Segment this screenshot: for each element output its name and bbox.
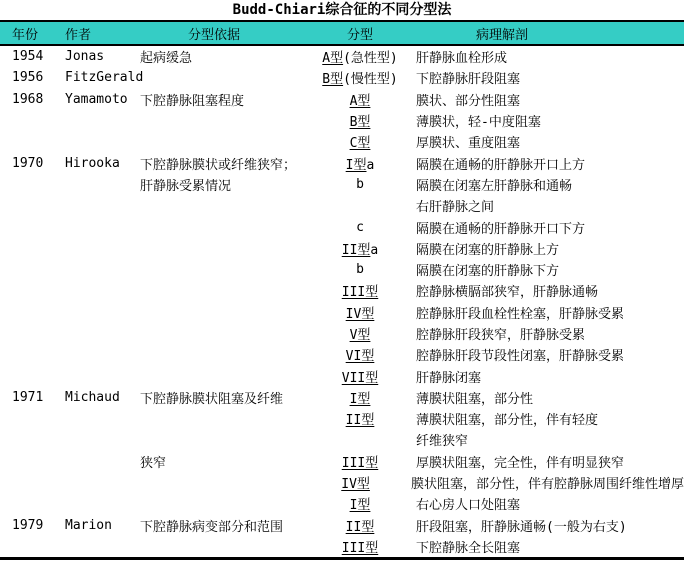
cell-pathology: 腔静脉横膈部狭窄，肝静脉通畅 xyxy=(408,281,684,300)
cell-pathology: 厚膜状、重度阻塞 xyxy=(408,132,684,151)
cell-type: II型 xyxy=(312,516,408,535)
cell-pathology: 纤维狭窄 xyxy=(408,430,684,449)
table-row: III型 腔静脉横膈部狭窄，肝静脉通畅 xyxy=(0,280,684,301)
table-row: V型 腔静脉肝段狭窄，肝静脉受累 xyxy=(0,323,684,344)
cell-type: II型 xyxy=(312,409,408,428)
cell-pathology: 肝段阻塞，肝静脉通畅(一般为右支) xyxy=(408,516,684,535)
table-row: 1970 Hirooka 下腔静脉膜状或纤维狭窄； I型a 隔膜在通畅的肝静脉开… xyxy=(0,152,684,173)
table-row: 肝静脉受累情况 b 隔膜在闭塞左肝静脉和通畅 xyxy=(0,174,684,195)
header-type: 分型 xyxy=(312,24,408,43)
cell-type: V型 xyxy=(312,324,408,343)
cell-type-sub: a xyxy=(367,158,375,173)
cell-type: I型 xyxy=(312,388,408,407)
cell-basis: 狭窄 xyxy=(138,452,312,471)
cell-year: 1954 xyxy=(0,49,62,64)
cell-pathology: 隔膜在闭塞左肝静脉和通畅 xyxy=(408,175,684,194)
cell-type-main: VII型 xyxy=(342,371,378,386)
cell-pathology: 右心房人口处阻塞 xyxy=(408,494,684,513)
cell-pathology: 下腔静脉肝段阻塞 xyxy=(408,68,684,87)
cell-author: FitzGerald xyxy=(62,70,138,85)
table-row: b 隔膜在闭塞的肝静脉下方 xyxy=(0,259,684,280)
cell-type-main: II型 xyxy=(346,520,375,535)
cell-type: c xyxy=(312,220,408,235)
table-row: 1956 FitzGerald B型(慢性型) 下腔静脉肝段阻塞 xyxy=(0,67,684,88)
cell-type-main: II型 xyxy=(346,413,375,428)
cell-type: II型a xyxy=(312,239,408,258)
cell-type-main: IV型 xyxy=(341,477,370,492)
cell-type-main: III型 xyxy=(342,456,378,471)
cell-pathology: 薄膜状，轻-中度阻塞 xyxy=(408,111,684,130)
cell-type-main: A型 xyxy=(350,94,371,109)
cell-pathology: 薄膜状阻塞，部分性，伴有轻度 xyxy=(408,409,684,428)
cell-basis: 下腔静脉病变部分和范围 xyxy=(138,516,312,535)
cell-type: I型 xyxy=(312,494,408,513)
cell-year: 1956 xyxy=(0,70,62,85)
cell-year: 1979 xyxy=(0,518,62,533)
header-basis: 分型依据 xyxy=(138,24,312,43)
cell-pathology: 腔静脉肝段狭窄，肝静脉受累 xyxy=(408,324,684,343)
cell-type-main: B型 xyxy=(350,115,371,130)
cell-pathology: 隔膜在闭塞的肝静脉上方 xyxy=(408,239,684,258)
cell-year: 1968 xyxy=(0,92,62,107)
cell-basis: 起病缓急 xyxy=(138,47,312,66)
table-row: VII型 肝静脉闭塞 xyxy=(0,365,684,386)
table-row: VI型 腔静脉肝段节段性闭塞，肝静脉受累 xyxy=(0,344,684,365)
document-page: Budd-Chiari综合征的不同分型法 年份 作者 分型依据 分型 病理解剖 … xyxy=(0,0,684,564)
header-year: 年份 xyxy=(0,24,62,43)
cell-type: III型 xyxy=(312,452,408,471)
cell-pathology: 腔静脉肝段血栓性栓塞，肝静脉受累 xyxy=(408,303,684,322)
header-pathology: 病理解剖 xyxy=(408,24,684,43)
cell-pathology: 隔膜在通畅的肝静脉开口下方 xyxy=(408,218,684,237)
cell-type: C型 xyxy=(312,132,408,151)
table-row: 1971 Michaud 下腔静脉膜状阻塞及纤维 I型 薄膜状阻塞，部分性 xyxy=(0,387,684,408)
table-row: II型a 隔膜在闭塞的肝静脉上方 xyxy=(0,238,684,259)
cell-basis: 肝静脉受累情况 xyxy=(138,175,312,194)
cell-type: b xyxy=(312,262,408,277)
table-row: 右肝静脉之间 xyxy=(0,195,684,216)
table-header-row: 年份 作者 分型依据 分型 病理解剖 xyxy=(0,20,684,46)
cell-type-main: A型 xyxy=(322,51,343,66)
cell-pathology: 肝静脉闭塞 xyxy=(408,367,684,386)
cell-pathology: 下腔静脉全长阻塞 xyxy=(408,537,684,556)
cell-pathology: 腔静脉肝段节段性闭塞，肝静脉受累 xyxy=(408,345,684,364)
cell-pathology: 隔膜在通畅的肝静脉开口上方 xyxy=(408,154,684,173)
table-row: 纤维狭窄 xyxy=(0,429,684,450)
cell-basis: 下腔静脉膜状阻塞及纤维 xyxy=(138,388,312,407)
cell-type-main: I型 xyxy=(350,498,371,513)
cell-type-main: IV型 xyxy=(346,307,375,322)
table-row: IV型 腔静脉肝段血栓性栓塞，肝静脉受累 xyxy=(0,302,684,323)
table-row: B型 薄膜状，轻-中度阻塞 xyxy=(0,110,684,131)
table-row: 1968 Yamamoto 下腔静脉阻塞程度 A型 膜状、部分性阻塞 xyxy=(0,89,684,110)
cell-author: Michaud xyxy=(62,390,138,405)
cell-type-main: I型 xyxy=(350,392,371,407)
header-author: 作者 xyxy=(62,24,138,43)
cell-type-main: B型 xyxy=(322,72,343,87)
cell-pathology: 厚膜状阻塞，完全性，伴有明显狭窄 xyxy=(408,452,684,471)
cell-author: Yamamoto xyxy=(62,92,138,107)
cell-pathology: 膜状阻塞，部分性，伴有腔静脉周围纤维性增厚 xyxy=(403,473,684,492)
table-row: 1954 Jonas 起病缓急 A型(急性型) 肝静脉血栓形成 xyxy=(0,46,684,67)
cell-type: b xyxy=(312,177,408,192)
cell-type-sub: (急性型) xyxy=(343,51,398,66)
table-row: II型 薄膜状阻塞，部分性，伴有轻度 xyxy=(0,408,684,429)
cell-type: A型(急性型) xyxy=(312,47,408,66)
cell-type-main: III型 xyxy=(342,541,378,556)
cell-type-sub: b xyxy=(356,177,364,192)
table-row: III型 下腔静脉全长阻塞 xyxy=(0,536,684,557)
cell-type-sub: (慢性型) xyxy=(343,72,398,87)
cell-type-main: VI型 xyxy=(346,349,375,364)
cell-type: I型a xyxy=(312,154,408,173)
cell-type: III型 xyxy=(312,281,408,300)
table-row: C型 厚膜状、重度阻塞 xyxy=(0,131,684,152)
cell-type: B型 xyxy=(312,111,408,130)
cell-basis: 下腔静脉阻塞程度 xyxy=(138,90,312,109)
cell-year: 1971 xyxy=(0,390,62,405)
cell-type: A型 xyxy=(312,90,408,109)
cell-pathology: 隔膜在闭塞的肝静脉下方 xyxy=(408,260,684,279)
table-row: I型 右心房人口处阻塞 xyxy=(0,493,684,514)
cell-pathology: 膜状、部分性阻塞 xyxy=(408,90,684,109)
cell-author: Hirooka xyxy=(62,156,138,171)
cell-type-main: III型 xyxy=(342,285,378,300)
cell-basis: 下腔静脉膜状或纤维狭窄； xyxy=(138,154,312,173)
cell-type: VII型 xyxy=(312,367,408,386)
cell-type: IV型 xyxy=(308,473,403,492)
cell-type-main: V型 xyxy=(350,328,371,343)
cell-type-main: C型 xyxy=(350,136,371,151)
cell-type-sub: a xyxy=(370,243,378,258)
table-row: 1979 Marion 下腔静脉病变部分和范围 II型 肝段阻塞，肝静脉通畅(一… xyxy=(0,515,684,536)
cell-year: 1970 xyxy=(0,156,62,171)
cell-type: IV型 xyxy=(312,303,408,322)
cell-pathology: 右肝静脉之间 xyxy=(408,196,684,215)
cell-type: B型(慢性型) xyxy=(312,68,408,87)
table-row: c 隔膜在通畅的肝静脉开口下方 xyxy=(0,216,684,237)
cell-type-sub: c xyxy=(356,220,364,235)
table-bottom-border xyxy=(0,557,684,560)
table-row: IV型 膜状阻塞，部分性，伴有腔静脉周围纤维性增厚 xyxy=(0,472,684,493)
cell-type: VI型 xyxy=(312,345,408,364)
cell-type-main: II型 xyxy=(342,243,371,258)
cell-type-main: I型 xyxy=(346,158,367,173)
table-row: 狭窄 III型 厚膜状阻塞，完全性，伴有明显狭窄 xyxy=(0,451,684,472)
cell-type: III型 xyxy=(312,537,408,556)
cell-author: Marion xyxy=(62,518,138,533)
cell-author: Jonas xyxy=(62,49,138,64)
cell-type-sub: b xyxy=(356,262,364,277)
cell-pathology: 肝静脉血栓形成 xyxy=(408,47,684,66)
cell-pathology: 薄膜状阻塞，部分性 xyxy=(408,388,684,407)
table-body: 1954 Jonas 起病缓急 A型(急性型) 肝静脉血栓形成 1956 Fit… xyxy=(0,46,684,557)
table-title: Budd-Chiari综合征的不同分型法 xyxy=(0,0,684,20)
